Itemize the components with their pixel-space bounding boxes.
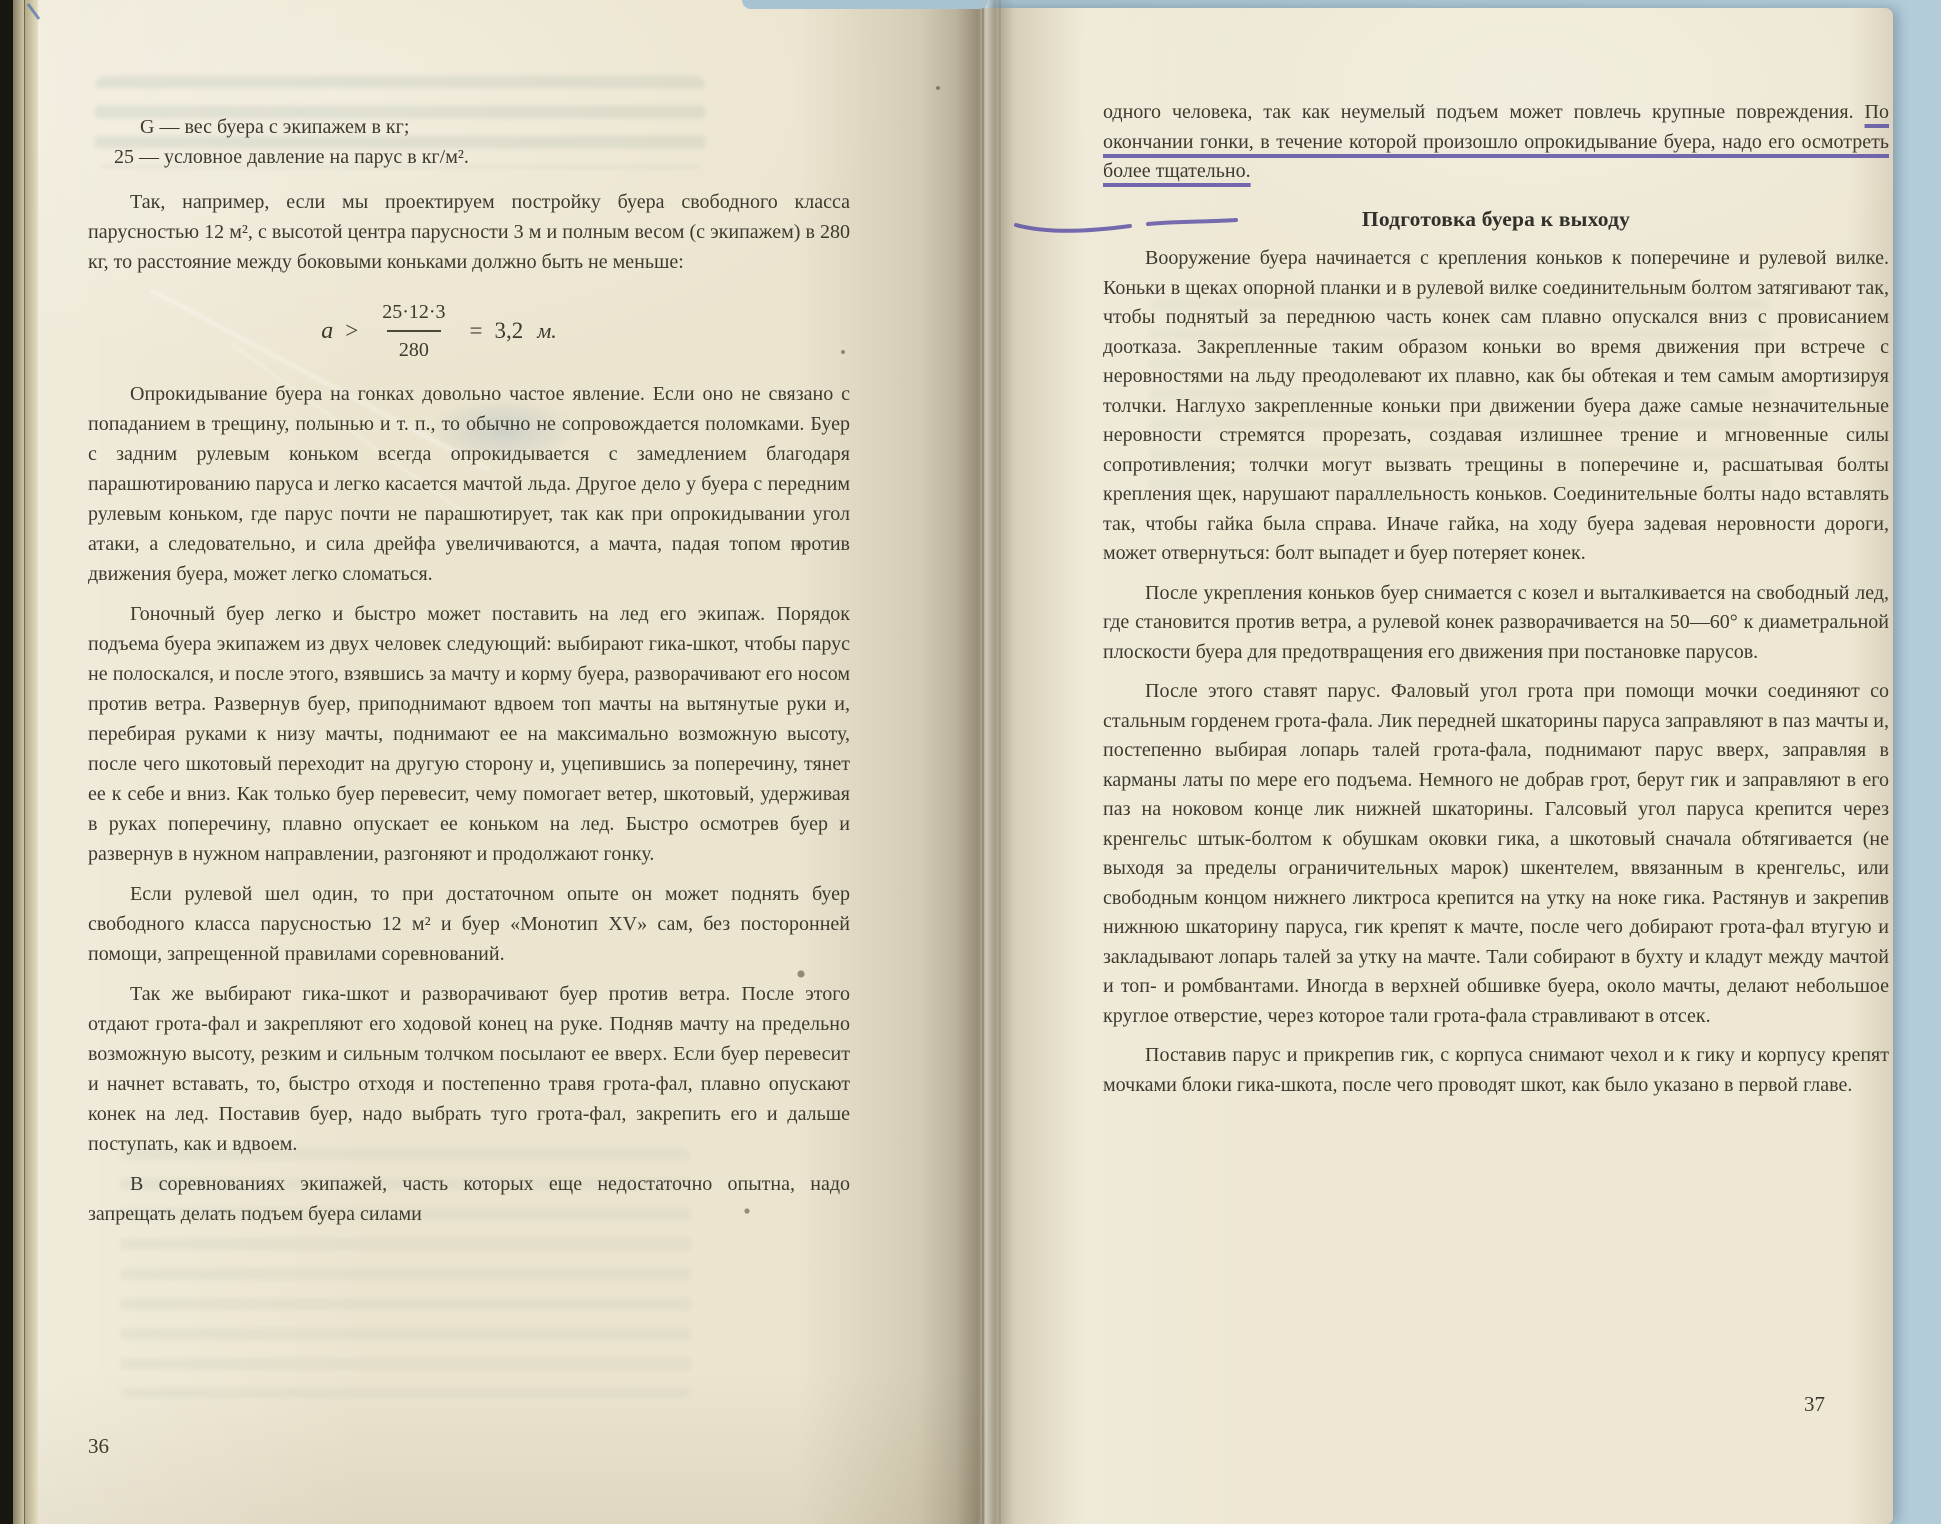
- paragraph: Так же выбирают гика-шкот и разворачиваю…: [88, 979, 850, 1159]
- gutter-crease: [982, 0, 984, 1524]
- page-number: 36: [88, 1434, 109, 1459]
- paragraph: Поставив парус и прикрепив гик, с корпус…: [1103, 1041, 1889, 1100]
- formula-result: 3,2: [495, 316, 524, 346]
- gutter-shadow: [956, 0, 1014, 1524]
- paragraph: После укрепления коньков буер снимается …: [1103, 579, 1889, 668]
- formula-relation: >: [345, 316, 358, 346]
- scan-dark-edge: [0, 0, 13, 1524]
- paragraph: Если рулевой шел один, то при достаточно…: [88, 879, 850, 969]
- section-heading: Подготовка буера к выходу: [1103, 205, 1889, 235]
- paragraph: Так, например, если мы проектируем постр…: [88, 187, 850, 277]
- paragraph: Вооружение буера начинается с крепления …: [1103, 244, 1889, 569]
- fraction-denominator: 280: [387, 330, 441, 365]
- formula-variable: a: [321, 316, 333, 346]
- page-37-text-column: одного человека, так как неумелый подъем…: [1103, 98, 1889, 1100]
- page-edge-strip: [25, 0, 39, 1524]
- formula-unit: м.: [535, 316, 557, 346]
- paragraph: Опрокидывание буера на гонках довольно ч…: [88, 379, 850, 589]
- page-number: 37: [1804, 1392, 1825, 1417]
- continuation-text: одного человека, так как неумелый подъем…: [1103, 101, 1865, 123]
- page-36-text-column: G — вес буера с экипажем в кг; 25 — усло…: [88, 112, 850, 1229]
- page-edge-strip: [13, 0, 25, 1524]
- paragraph: В соревнованиях экипажей, часть которых …: [88, 1169, 850, 1229]
- continuation-paragraph: одного человека, так как неумелый подъем…: [1103, 98, 1889, 187]
- formula-fraction: 25·12·3 280: [370, 297, 457, 365]
- definition-line: G — вес буера с экипажем в кг;: [88, 112, 850, 142]
- paragraph: После этого ставят парус. Фаловый угол г…: [1103, 677, 1889, 1031]
- formula: a > 25·12·3 280 = 3,2 м.: [88, 297, 790, 365]
- scanner-background-notch: [742, 0, 988, 9]
- book-spread-scan: G — вес буера с экипажем в кг; 25 — усло…: [0, 0, 1941, 1524]
- fraction-numerator: 25·12·3: [370, 297, 457, 330]
- formula-equals: =: [470, 316, 483, 346]
- gutter-crease: [999, 0, 1001, 1524]
- definition-line: 25 — условное давление на парус в кг/м².: [88, 142, 850, 172]
- paragraph: Гоночный буер легко и быстро может поста…: [88, 599, 850, 869]
